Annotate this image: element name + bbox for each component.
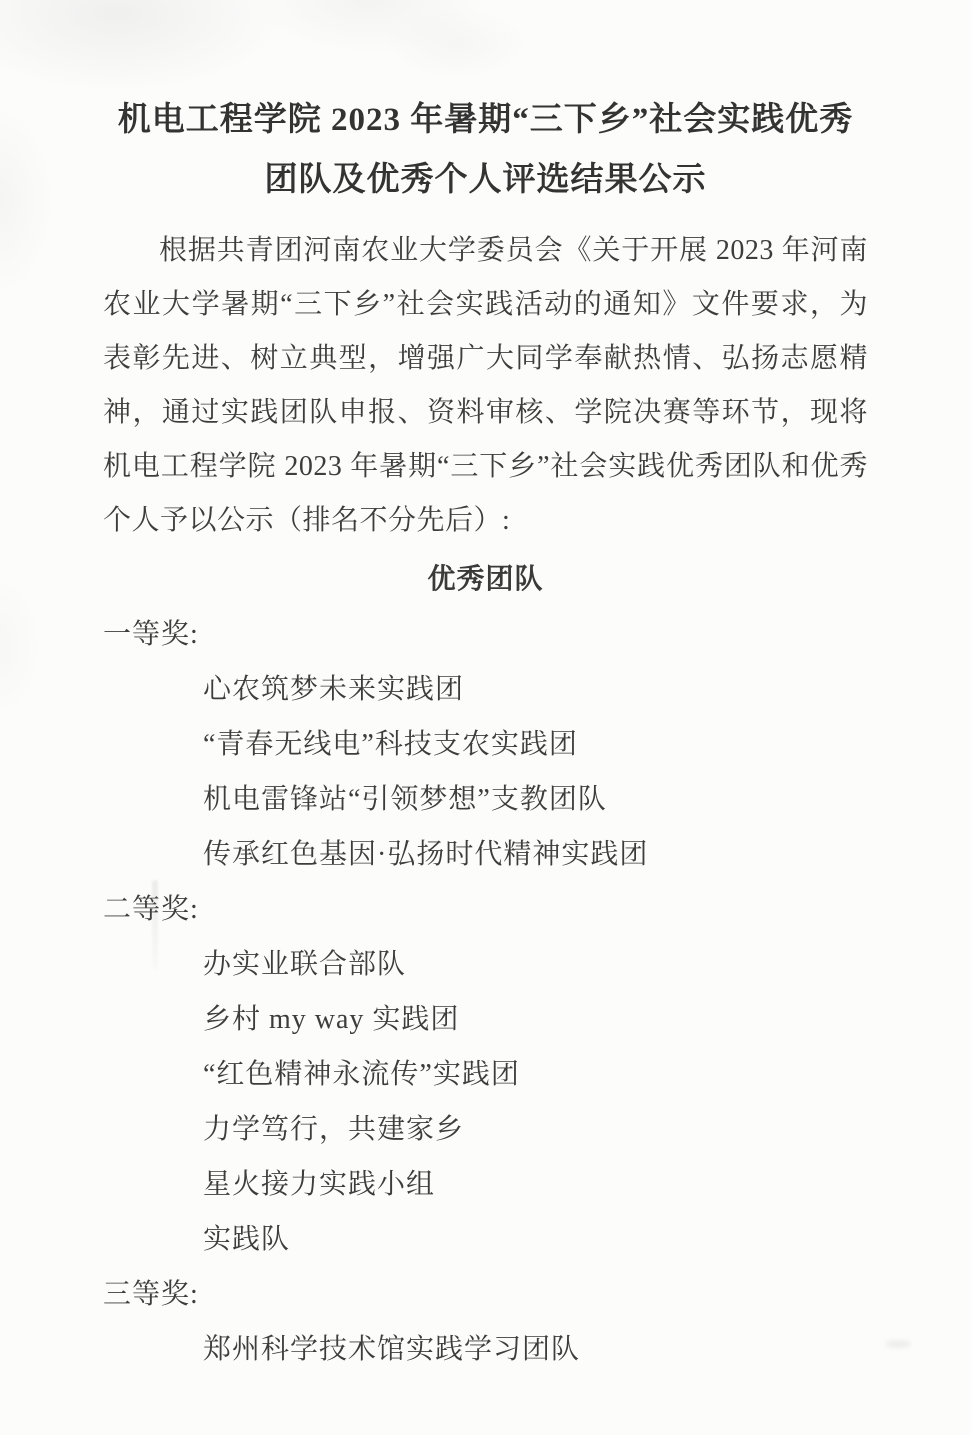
team-name: 心农筑梦未来实践团 <box>103 662 868 717</box>
awards-list: 一等奖:心农筑梦未来实践团“青春无线电”科技支农实践团机电雷锋站“引领梦想”支教… <box>103 607 868 1377</box>
team-name: “青春无线电”科技支农实践团 <box>103 717 868 772</box>
scan-smudge <box>885 1340 911 1348</box>
team-name: 乡村 my way 实践团 <box>103 992 868 1047</box>
team-name: 郑州科学技术馆实践学习团队 <box>103 1322 868 1377</box>
section-heading-excellent-teams: 优秀团队 <box>103 552 868 607</box>
team-name: “红色精神永流传”实践团 <box>103 1047 868 1102</box>
page-title: 机电工程学院 2023 年暑期“三下乡”社会实践优秀 团队及优秀个人评选结果公示 <box>103 90 868 210</box>
team-name: 实践队 <box>103 1212 868 1267</box>
award-label-3: 三等奖: <box>103 1267 868 1322</box>
scanned-document-page: 机电工程学院 2023 年暑期“三下乡”社会实践优秀 团队及优秀个人评选结果公示… <box>0 0 971 1435</box>
page-title-line-2: 团队及优秀个人评选结果公示 <box>103 150 868 210</box>
team-name: 办实业联合部队 <box>103 937 868 992</box>
intro-paragraph: 根据共青团河南农业大学委员会《关于开展 2023 年河南农业大学暑期“三下乡”社… <box>103 224 868 548</box>
page-title-line-1: 机电工程学院 2023 年暑期“三下乡”社会实践优秀 <box>103 90 868 150</box>
award-label-1: 一等奖: <box>103 607 868 662</box>
team-name: 星火接力实践小组 <box>103 1157 868 1212</box>
team-name: 传承红色基因·弘扬时代精神实践团 <box>103 827 868 882</box>
award-label-2: 二等奖: <box>103 882 868 937</box>
team-name: 力学笃行，共建家乡 <box>103 1102 868 1157</box>
team-name: 机电雷锋站“引领梦想”支教团队 <box>103 772 868 827</box>
